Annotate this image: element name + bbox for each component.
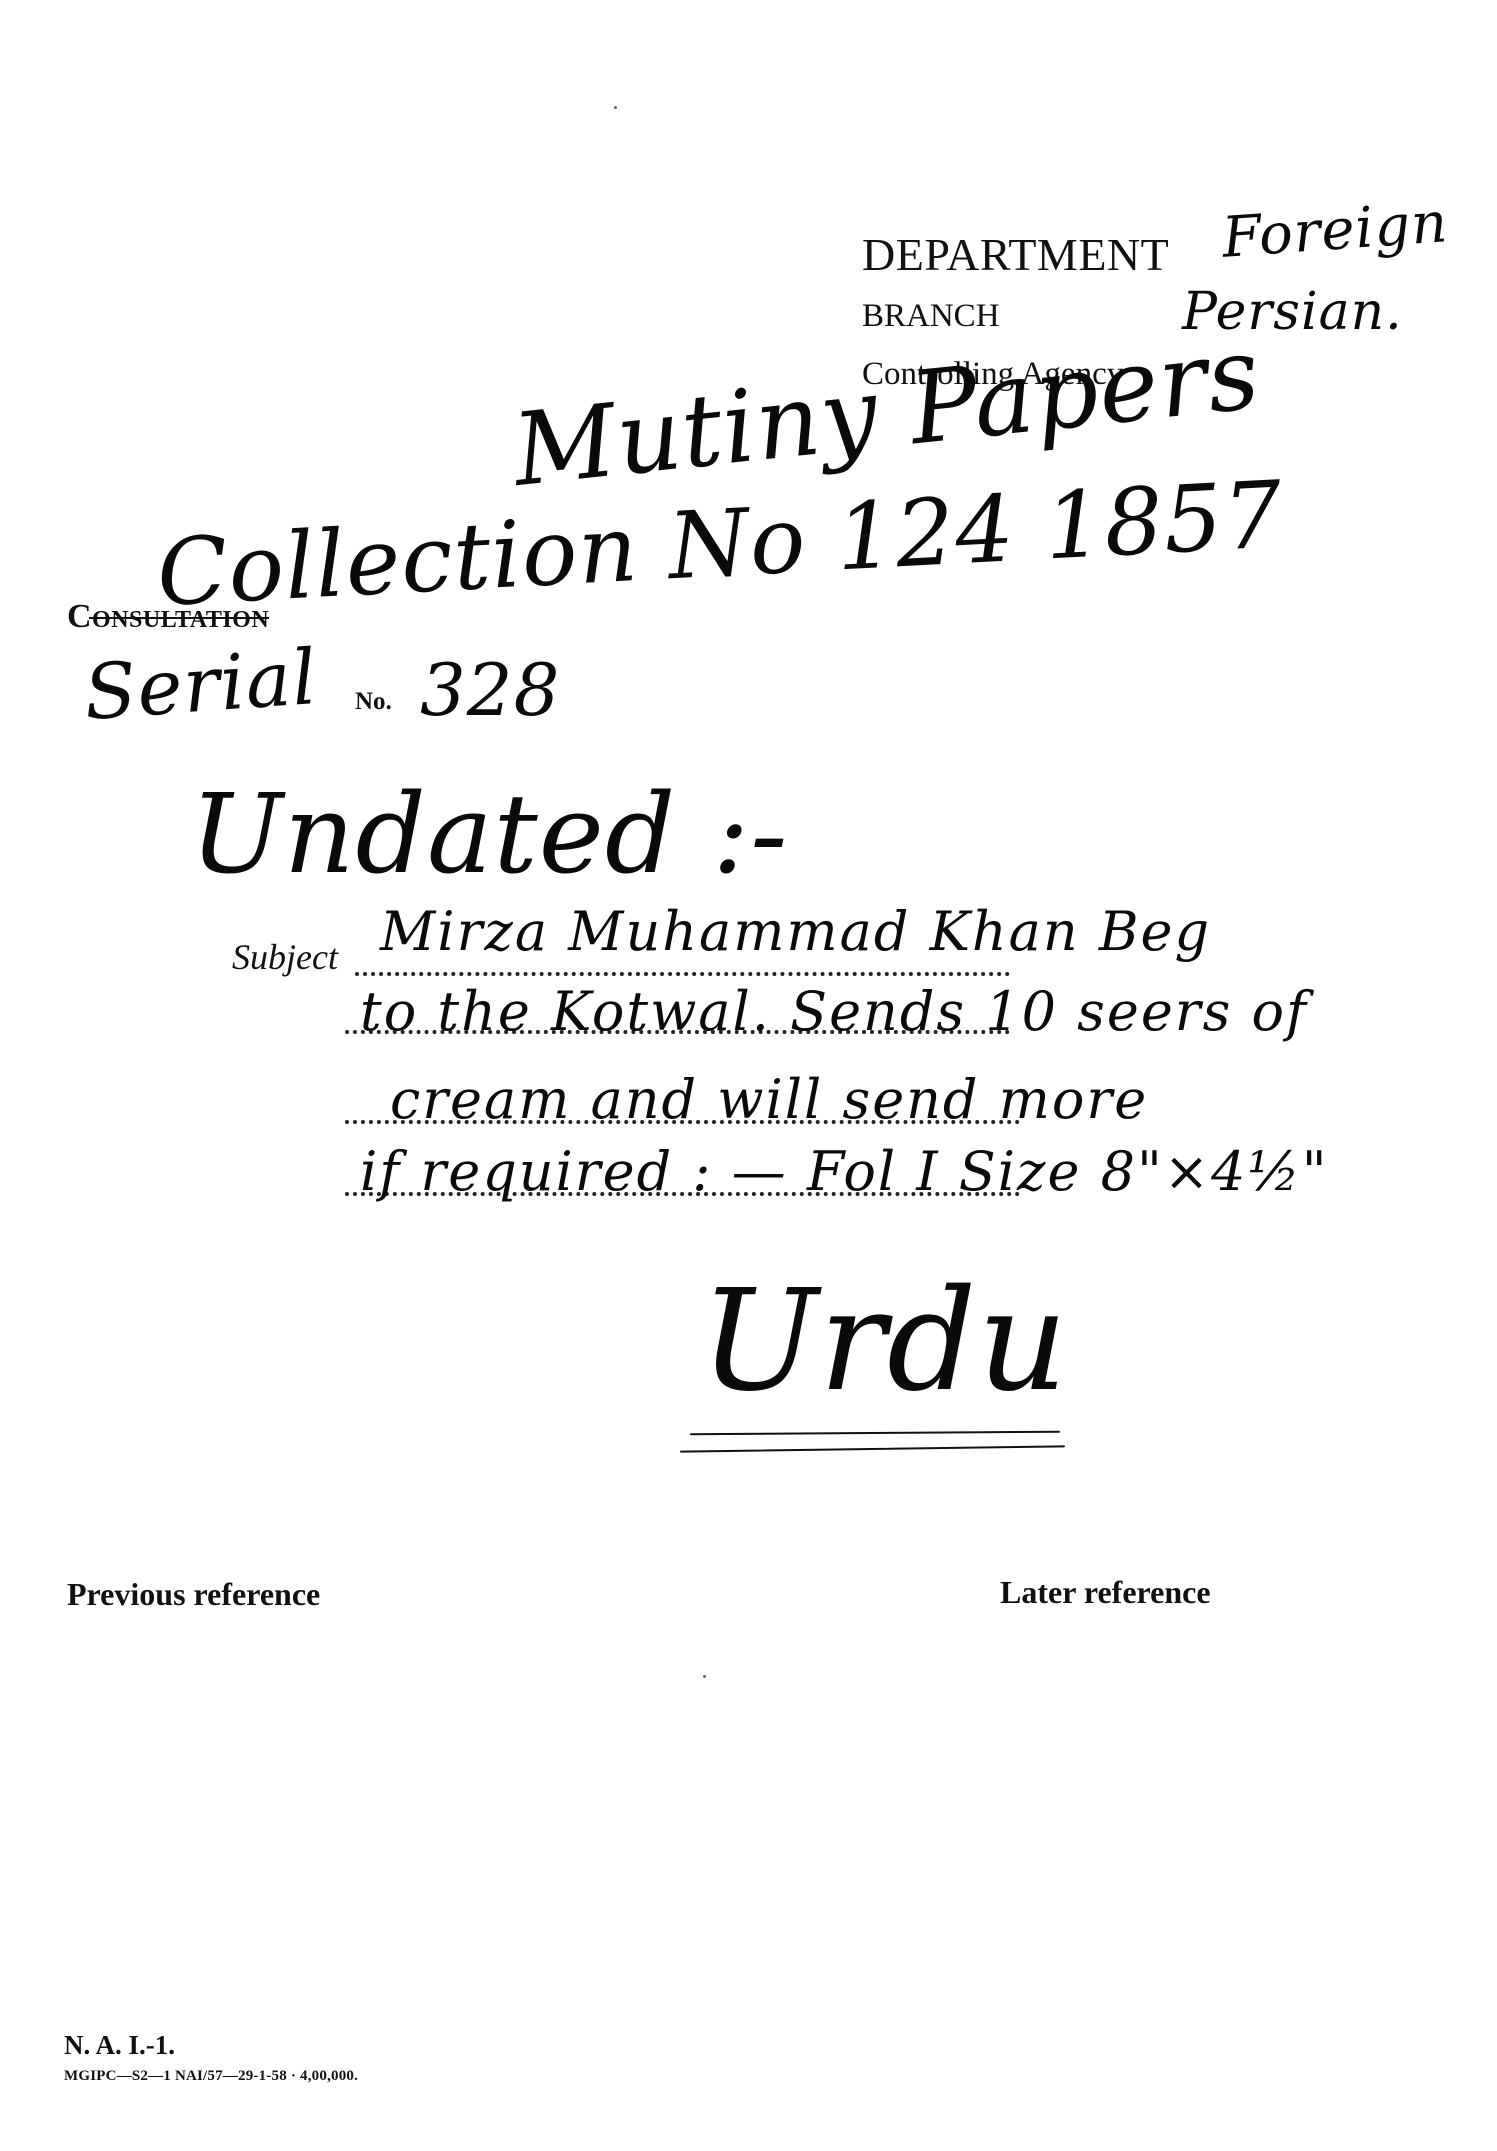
branch-label: BRANCH [862, 298, 1000, 335]
language-value: Urdu [700, 1260, 1069, 1423]
strikethrough-line [89, 617, 269, 619]
subject-line: cream and will send more [390, 1068, 1148, 1131]
language-underline [690, 1431, 1060, 1436]
form-code: N. A. I.-1. [64, 2030, 175, 2061]
serial-number-value: 328 [420, 648, 560, 732]
printer-imprint: MGIPC—S2—1 NAI/57—29-1-58 · 4,00,000. [64, 2068, 358, 2085]
scan-speck [703, 1675, 706, 1678]
subject-line: Mirza Muhammad Khan Beg [380, 900, 1211, 963]
later-reference-label: Later reference [1000, 1574, 1211, 1611]
archive-record-form: DEPARTMENT Foreign BRANCH Persian. Contr… [0, 0, 1497, 2151]
subject-label: Subject [232, 936, 338, 978]
department-value: Foreign [1220, 190, 1450, 271]
scan-speck [614, 106, 617, 109]
subject-line: if required : — Fol I Size 8"×4½" [360, 1140, 1329, 1203]
serial-word: Serial [81, 632, 320, 737]
serial-no-label: No. [355, 688, 392, 716]
previous-reference-label: Previous reference [67, 1576, 320, 1613]
date-value: Undated :- [190, 770, 788, 898]
language-underline [680, 1445, 1065, 1452]
subject-line: to the Kotwal. Sends 10 seers of [360, 980, 1308, 1043]
consultation-label: Consultation [67, 598, 269, 636]
subject-dotted-line [355, 972, 1010, 976]
department-label: DEPARTMENT [862, 228, 1169, 281]
